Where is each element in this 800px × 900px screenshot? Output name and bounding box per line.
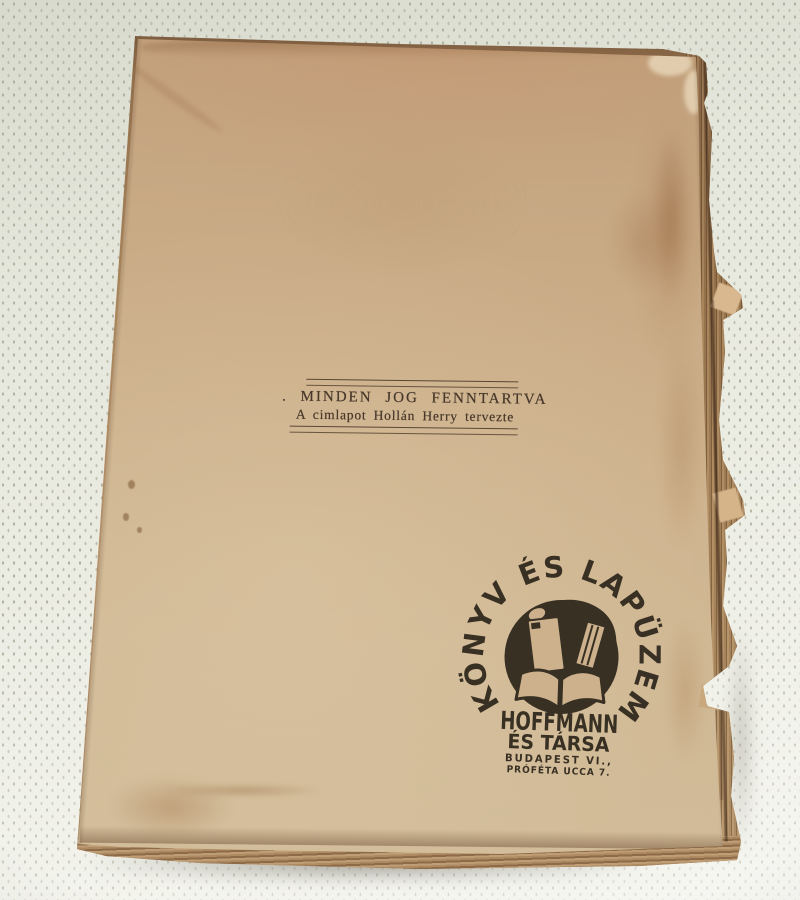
mottling <box>248 118 558 288</box>
fox-spot <box>128 480 135 489</box>
double-rule-bottom <box>290 426 518 436</box>
back-cover: . MINDEN JOG FENNTARTVA A cimlapot Hollá… <box>0 0 800 900</box>
book-back: . MINDEN JOG FENNTARTVA A cimlapot Hollá… <box>0 0 800 900</box>
double-rule-top <box>306 379 518 389</box>
water-stain <box>598 178 684 304</box>
fox-spot <box>123 513 129 521</box>
fox-spot <box>137 527 142 533</box>
printer-mark-stamp: KÖNYV ÉS LAPÜZEM HOFFMANN ÉS TÁRSA BUDAP… <box>454 548 668 795</box>
rights-reserved-line: . MINDEN JOG FENNTARTVA <box>282 389 526 409</box>
cover-designer-line: A cimlapot Hollán Herry tervezte <box>296 407 526 426</box>
torn-flap <box>698 684 729 711</box>
sheet-corner-mark <box>531 622 541 629</box>
top-edge-stain <box>142 38 694 58</box>
photo-background: . MINDEN JOG FENNTARTVA A cimlapot Hollá… <box>0 0 800 900</box>
copyright-block: . MINDEN JOG FENNTARTVA A cimlapot Hollá… <box>282 375 527 436</box>
cover-left-edge-shade <box>74 38 143 849</box>
corner-stain <box>148 782 338 799</box>
